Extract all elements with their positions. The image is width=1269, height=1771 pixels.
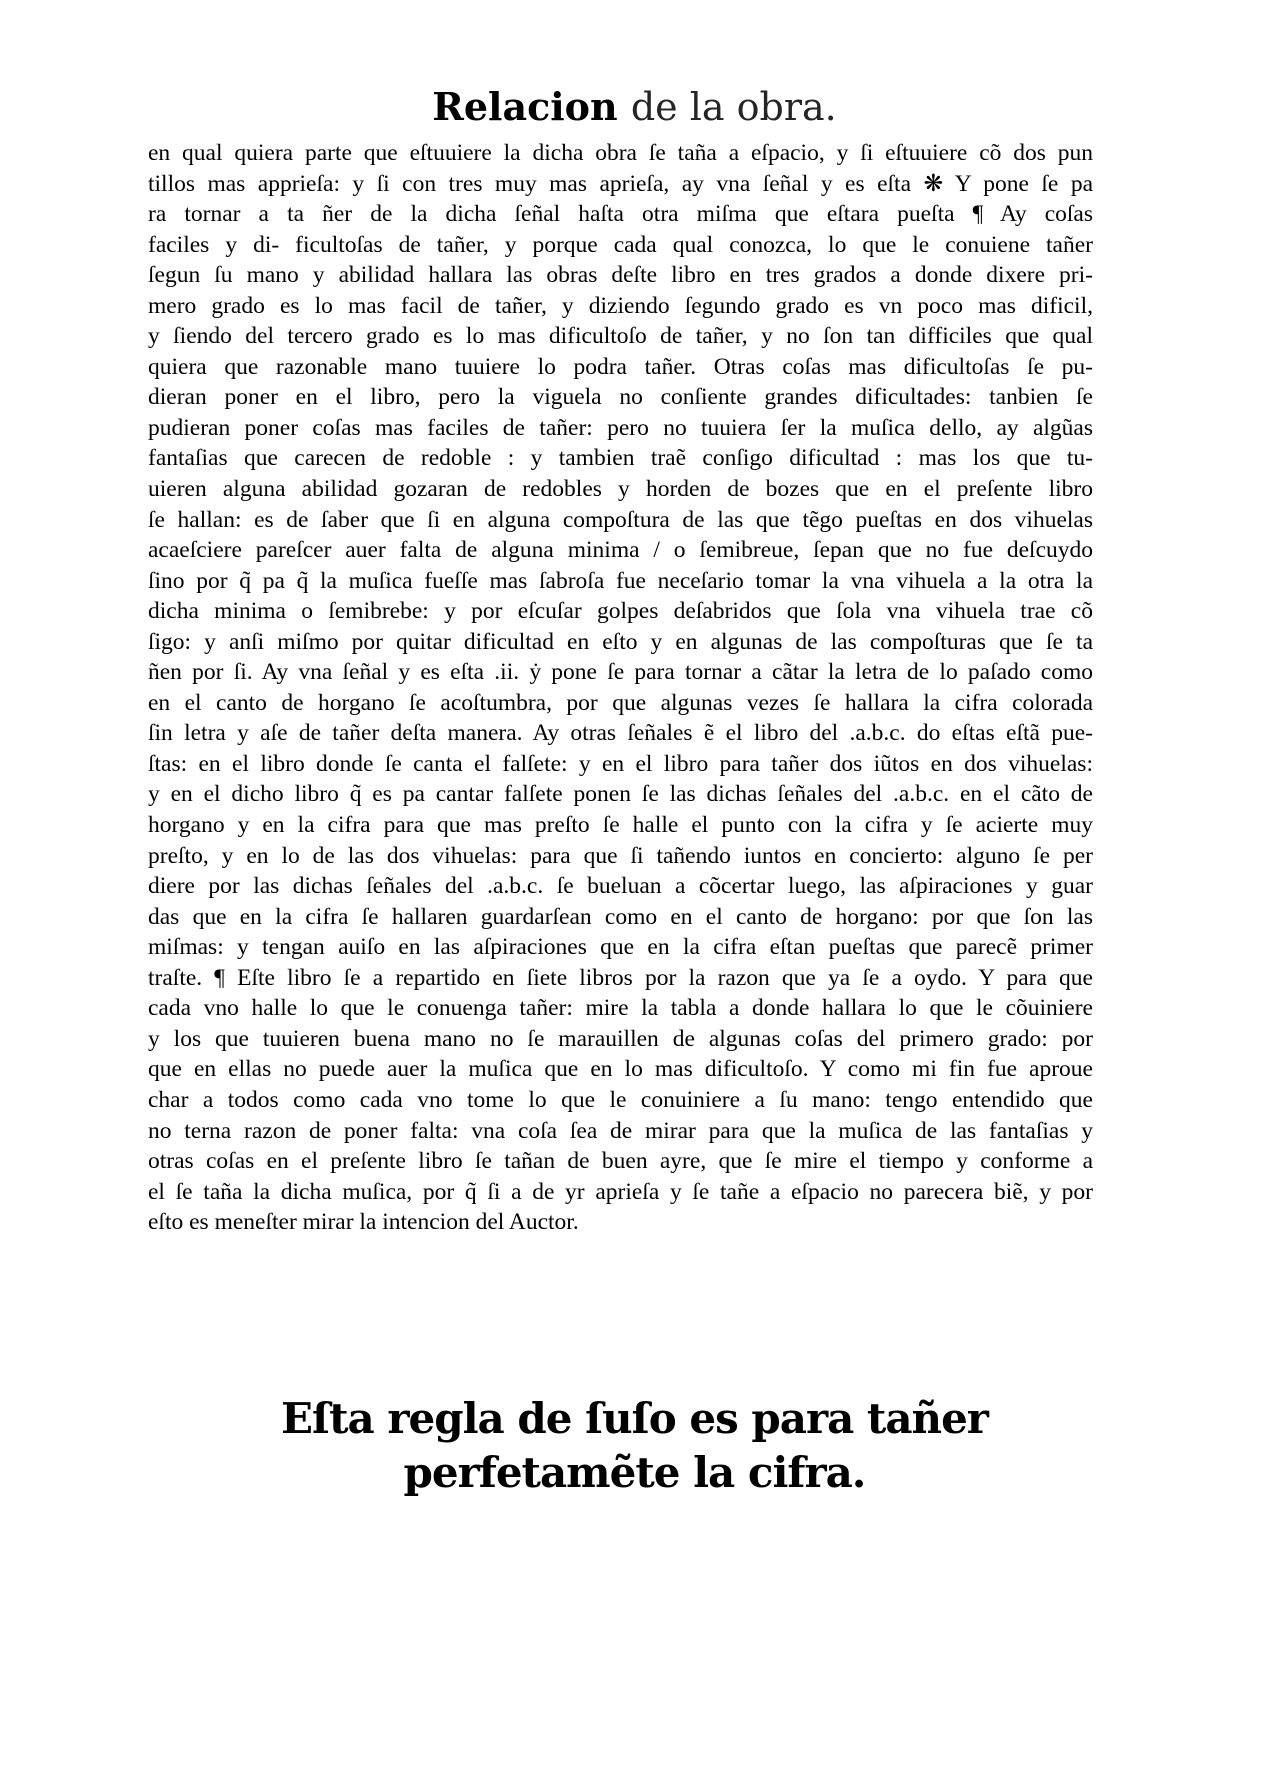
text-line: que en ellas no puede auer la muſica que…	[148, 1054, 1093, 1085]
text-line: tillos mas apprieſa: y ſi con tres muy m…	[148, 169, 1093, 200]
text-line: acaeſciere pareſcer auer falta de alguna…	[148, 535, 1093, 566]
text-line: fantaſias que carecen de redoble : y tam…	[148, 443, 1093, 474]
text-line: eſto es meneſter mirar la intencion del …	[148, 1207, 1093, 1238]
text-line: ra tornar a ta ñer de la dicha ſeñal haſ…	[148, 199, 1093, 230]
text-line: ſigo: y anſi miſmo por quitar dificultad…	[148, 627, 1093, 658]
text-line: char a todos como cada vno tome lo que l…	[148, 1085, 1093, 1116]
text-line: dieran poner en el libro, pero la viguel…	[148, 382, 1093, 413]
text-line: no terna razon de poner falta: vna coſa …	[148, 1116, 1093, 1147]
text-line: y ſiendo del tercero grado es lo mas dif…	[148, 321, 1093, 352]
text-line: pudieran poner coſas mas faciles de tañe…	[148, 413, 1093, 444]
text-line: cada vno halle lo que le conuenga tañer:…	[148, 993, 1093, 1024]
text-line: ſtas: en el libro donde ſe canta el falſ…	[148, 749, 1093, 780]
text-line: horgano y en la cifra para que mas preſt…	[148, 810, 1093, 841]
text-line: miſmas: y tengan auiſo en las aſpiracion…	[148, 932, 1093, 963]
document-page: Relacion de la obra. en qual quiera part…	[0, 0, 1269, 1771]
text-line: otras coſas en el preſente libro ſe taña…	[148, 1146, 1093, 1177]
body-paragraph: en qual quiera parte que eſtuuiere la di…	[148, 138, 1093, 1238]
text-line: das que en la cifra ſe hallaren guardarſ…	[148, 902, 1093, 933]
text-line: ſegun ſu mano y abilidad hallara las obr…	[148, 260, 1093, 291]
text-line: dicha minima o ſemibrebe: y por eſcuſar …	[148, 596, 1093, 627]
text-line: el ſe taña la dicha muſica, por q̃ ſi a …	[148, 1177, 1093, 1208]
closing-heading: Eſta regla de ſuſo es para tañer perfeta…	[0, 1392, 1269, 1500]
text-line: ſe hallan: es de ſaber que ſi en alguna …	[148, 505, 1093, 536]
closing-line-2: perfetamẽte la cifra.	[0, 1446, 1269, 1500]
text-line: ſin letra y aſe de tañer deſta manera. A…	[148, 718, 1093, 749]
text-line: faciles y di- ficultoſas de tañer, y por…	[148, 230, 1093, 261]
text-line: en el canto de horgano ſe acoſtumbra, po…	[148, 688, 1093, 719]
text-line: uieren alguna abilidad gozaran de redobl…	[148, 474, 1093, 505]
text-line: y los que tuuieren buena mano no ſe mara…	[148, 1024, 1093, 1055]
text-line: mero grado es lo mas facil de tañer, y d…	[148, 291, 1093, 322]
text-line: traſte. ¶ Eſte libro ſe a repartido en ſ…	[148, 963, 1093, 994]
closing-line-1: Eſta regla de ſuſo es para tañer	[0, 1392, 1269, 1446]
text-line: preſto, y en lo de las dos vihuelas: par…	[148, 841, 1093, 872]
text-line: en qual quiera parte que eſtuuiere la di…	[148, 138, 1093, 169]
running-head-main: Relacion	[432, 84, 617, 129]
text-line: ſino por q̃ pa q̃ la muſica fueſſe mas ſ…	[148, 566, 1093, 597]
text-line: ñen por ſi. Ay vna ſeñal y es eſta .ii. …	[148, 657, 1093, 688]
text-line: y en el dicho libro q̃ es pa cantar falſ…	[148, 779, 1093, 810]
text-line: quiera que razonable mano tuuiere lo pod…	[148, 352, 1093, 383]
running-head-rest: de la obra.	[631, 85, 837, 129]
running-head: Relacion de la obra.	[0, 84, 1269, 129]
text-line: diere por las dichas ſeñales del .a.b.c.…	[148, 871, 1093, 902]
